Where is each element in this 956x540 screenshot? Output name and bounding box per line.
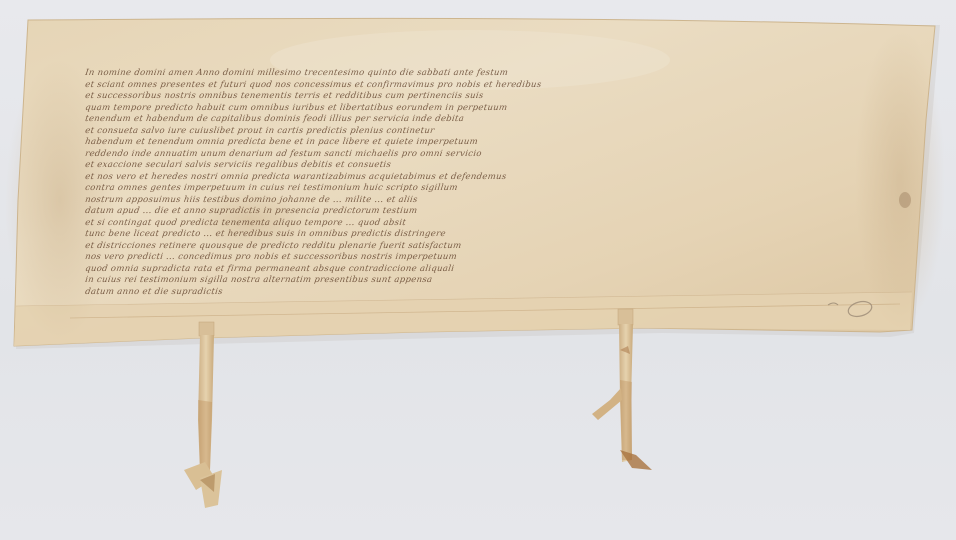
text-line: quod omnia supradicta rata et firma perm… — [85, 264, 455, 276]
text-line: et si contingat quod predicta tenementa … — [85, 218, 407, 230]
text-line: et districciones retinere quousque de pr… — [85, 241, 462, 253]
text-line: In nomine domini amen Anno domini milles… — [85, 68, 509, 80]
charter-text-block: In nomine domini amen Anno domini milles… — [85, 68, 885, 300]
text-line: et exaccione seculari salvis serviciis r… — [85, 160, 392, 172]
text-line: nostrum apposuimus hiis testibus domino … — [85, 195, 418, 207]
text-line: contra omnes gentes imperpetuum in cuius… — [85, 183, 458, 195]
seal-tag-right — [592, 324, 652, 470]
text-line: tunc bene liceat predicto ... et heredib… — [85, 229, 446, 241]
text-line: et consueta salvo iure cuiuslibet prout … — [85, 126, 435, 138]
text-line: et successoribus nostris omnibus tenemen… — [85, 91, 484, 103]
text-line: nos vero predicti ... concedimus pro nob… — [85, 252, 458, 264]
text-line: datum apud ... die et anno supradictis i… — [85, 206, 418, 218]
text-line: in cuius rei testimonium sigilla nostra … — [85, 275, 433, 287]
text-line: habendum et tenendum omnia predicta bene… — [85, 137, 479, 149]
text-line: tenendum et habendum de capitalibus domi… — [85, 114, 465, 126]
text-line: reddendo inde annuatim unum denarium ad … — [85, 149, 482, 161]
text-line: quam tempore predicto habuit cum omnibus… — [85, 103, 508, 115]
text-line: et sciant omnes presentes et futuri quod… — [85, 80, 542, 92]
seal-tag-left — [184, 335, 222, 508]
text-line: et nos vero et heredes nostri omnia pred… — [85, 172, 507, 184]
text-line: datum anno et die supradictis — [85, 287, 223, 299]
